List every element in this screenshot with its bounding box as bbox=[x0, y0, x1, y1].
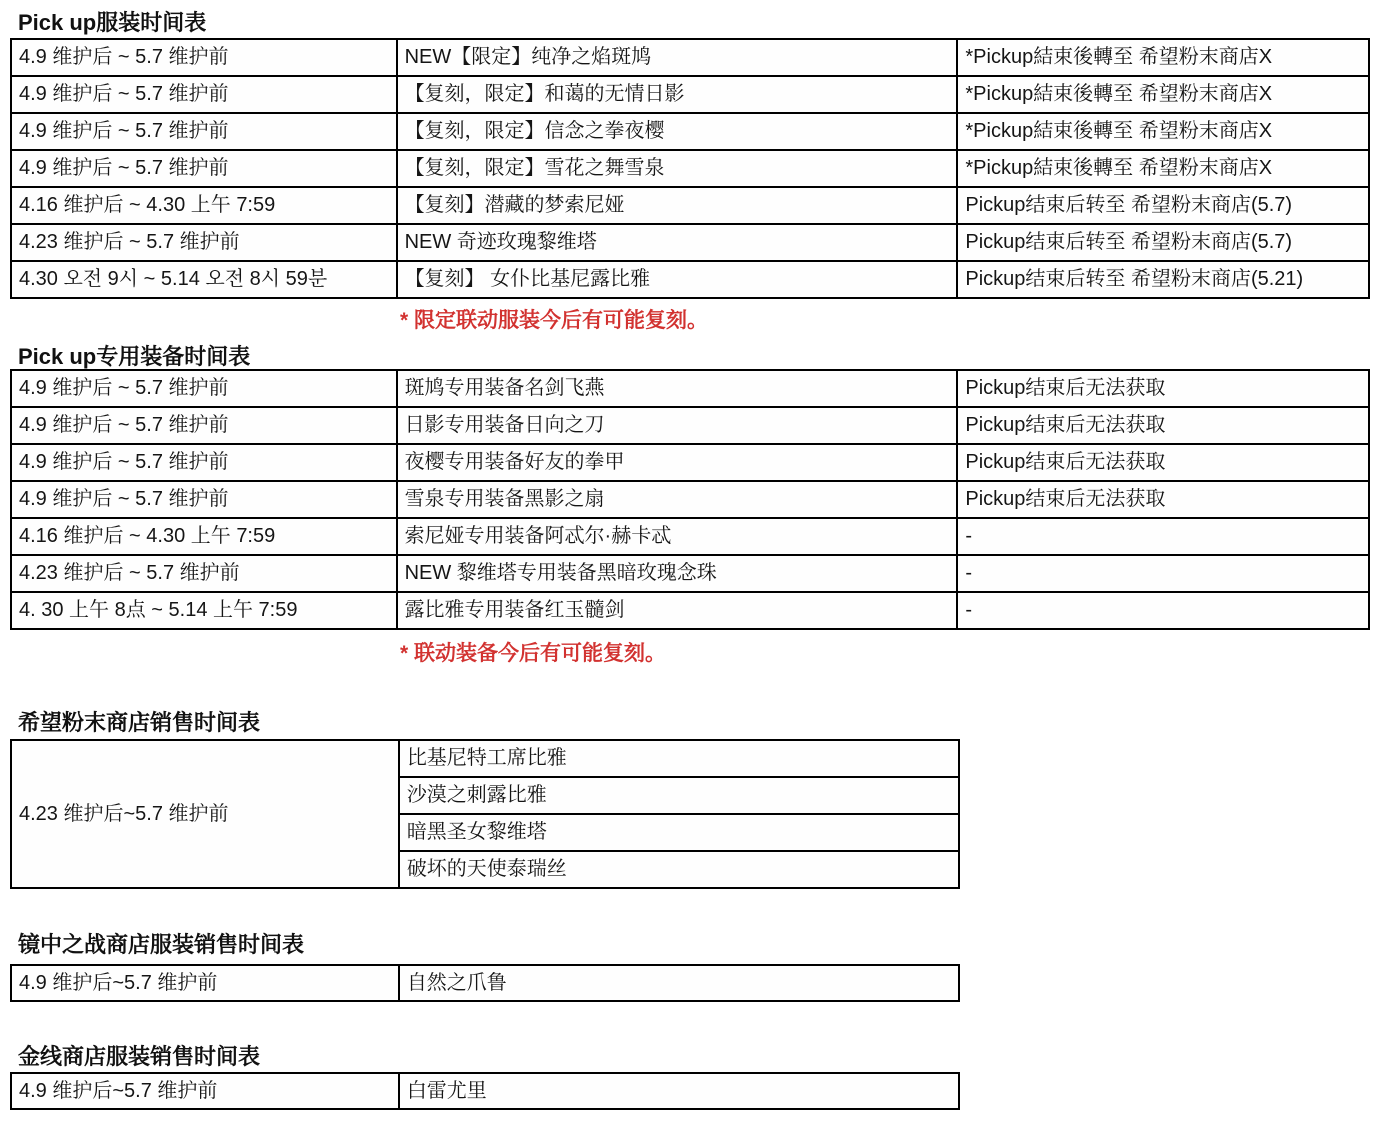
gold-thread-shop-title: 金线商店服装销售时间表 bbox=[18, 1040, 260, 1071]
hope-powder-shop-table: 4.23 维护后~5.7 维护前比基尼特工席比雅沙漠之刺露比雅暗黑圣女黎维塔破坏… bbox=[10, 739, 960, 889]
gear-rerun-note: * 联动装备今后有可能复刻。 bbox=[400, 637, 666, 667]
after-pickup-cell: *Pickup結束後轉至 希望粉末商店X bbox=[957, 113, 1369, 150]
costume-name-cell: 【复刻，限定】和蔼的无情日影 bbox=[397, 76, 958, 113]
period-cell: 4.23 维护后~5.7 维护前 bbox=[11, 740, 399, 888]
pickup-costume-table-body: 4.9 维护后 ~ 5.7 维护前NEW【限定】纯净之焰斑鸠*Pickup結束後… bbox=[11, 39, 1369, 298]
gear-name-cell: 索尼娅专用装备阿忒尔·赫卡忒 bbox=[397, 518, 958, 555]
costume-name-cell: 白雷尤里 bbox=[399, 1073, 959, 1109]
period-cell: 4.9 维护后~5.7 维护前 bbox=[11, 1073, 399, 1109]
after-pickup-cell: Pickup结束后无法获取 bbox=[957, 481, 1369, 518]
hope-powder-shop-title: 希望粉末商店销售时间表 bbox=[18, 706, 260, 737]
table-row: 4.9 维护后 ~ 5.7 维护前NEW【限定】纯净之焰斑鸠*Pickup結束後… bbox=[11, 39, 1369, 76]
table-row: 4.9 维护后~5.7 维护前自然之爪鲁 bbox=[11, 965, 959, 1001]
costume-name-cell: 【复刻】潜藏的梦索尼娅 bbox=[397, 187, 958, 224]
pickup-costume-table: 4.9 维护后 ~ 5.7 维护前NEW【限定】纯净之焰斑鸠*Pickup結束後… bbox=[10, 38, 1370, 299]
costume-name-cell: 破坏的天使泰瑞丝 bbox=[399, 851, 959, 888]
costume-name-cell: 【复刻，限定】雪花之舞雪泉 bbox=[397, 150, 958, 187]
period-cell: 4.9 维护后 ~ 5.7 维护前 bbox=[11, 113, 397, 150]
mirror-war-shop-title: 镜中之战商店服装销售时间表 bbox=[18, 928, 304, 959]
period-cell: 4.9 维护后 ~ 5.7 维护前 bbox=[11, 150, 397, 187]
gear-name-cell: 雪泉专用装备黑影之扇 bbox=[397, 481, 958, 518]
after-pickup-cell: Pickup结束后转至 希望粉末商店(5.7) bbox=[957, 224, 1369, 261]
pickup-costume-title: Pick up服装时间表 bbox=[18, 6, 206, 37]
gold-thread-shop-table-body: 4.9 维护后~5.7 维护前白雷尤里 bbox=[11, 1073, 959, 1109]
gear-name-cell: 日影专用装备日向之刀 bbox=[397, 407, 958, 444]
after-pickup-cell: - bbox=[957, 518, 1369, 555]
after-pickup-cell: Pickup结束后无法获取 bbox=[957, 444, 1369, 481]
costume-name-cell: 自然之爪鲁 bbox=[399, 965, 959, 1001]
table-row: 4.9 维护后 ~ 5.7 维护前日影专用装备日向之刀Pickup结束后无法获取 bbox=[11, 407, 1369, 444]
gold-thread-shop-table: 4.9 维护后~5.7 维护前白雷尤里 bbox=[10, 1072, 960, 1110]
period-cell: 4.9 维护后 ~ 5.7 维护前 bbox=[11, 444, 397, 481]
gear-name-cell: 斑鸠专用装备名剑飞燕 bbox=[397, 370, 958, 407]
table-row: 4.9 维护后 ~ 5.7 维护前【复刻，限定】信念之拳夜樱*Pickup結束後… bbox=[11, 113, 1369, 150]
period-cell: 4.9 维护后 ~ 5.7 维护前 bbox=[11, 407, 397, 444]
period-cell: 4.23 维护后 ~ 5.7 维护前 bbox=[11, 224, 397, 261]
table-row: 4.23 维护后 ~ 5.7 维护前NEW 黎维塔专用装备黑暗玫瑰念珠- bbox=[11, 555, 1369, 592]
table-row: 4.9 维护后 ~ 5.7 维护前【复刻，限定】雪花之舞雪泉*Pickup結束後… bbox=[11, 150, 1369, 187]
period-cell: 4.16 维护后 ~ 4.30 上午 7:59 bbox=[11, 187, 397, 224]
pickup-gear-table-body: 4.9 维护后 ~ 5.7 维护前斑鸠专用装备名剑飞燕Pickup结束后无法获取… bbox=[11, 370, 1369, 629]
period-cell: 4.9 维护后 ~ 5.7 维护前 bbox=[11, 481, 397, 518]
costume-name-cell: 【复刻，限定】信念之拳夜樱 bbox=[397, 113, 958, 150]
after-pickup-cell: - bbox=[957, 555, 1369, 592]
table-row: 4.9 维护后 ~ 5.7 维护前【复刻，限定】和蔼的无情日影*Pickup結束… bbox=[11, 76, 1369, 113]
table-row: 4.23 维护后~5.7 维护前比基尼特工席比雅 bbox=[11, 740, 959, 777]
period-cell: 4.9 维护后 ~ 5.7 维护前 bbox=[11, 39, 397, 76]
pickup-gear-title: Pick up专用装备时间表 bbox=[18, 340, 250, 371]
costume-name-cell: NEW 奇迹玫瑰黎维塔 bbox=[397, 224, 958, 261]
period-cell: 4.16 维护后 ~ 4.30 上午 7:59 bbox=[11, 518, 397, 555]
gear-name-cell: NEW 黎维塔专用装备黑暗玫瑰念珠 bbox=[397, 555, 958, 592]
period-cell: 4.9 维护后 ~ 5.7 维护前 bbox=[11, 76, 397, 113]
mirror-war-shop-table-body: 4.9 维护后~5.7 维护前自然之爪鲁 bbox=[11, 965, 959, 1001]
period-cell: 4.9 维护后~5.7 维护前 bbox=[11, 965, 399, 1001]
after-pickup-cell: *Pickup結束後轉至 希望粉末商店X bbox=[957, 39, 1369, 76]
after-pickup-cell: Pickup结束后转至 希望粉末商店(5.7) bbox=[957, 187, 1369, 224]
pickup-gear-table: 4.9 维护后 ~ 5.7 维护前斑鸠专用装备名剑飞燕Pickup结束后无法获取… bbox=[10, 369, 1370, 630]
costume-name-cell: NEW【限定】纯净之焰斑鸠 bbox=[397, 39, 958, 76]
hope-powder-shop-table-body: 4.23 维护后~5.7 维护前比基尼特工席比雅沙漠之刺露比雅暗黑圣女黎维塔破坏… bbox=[11, 740, 959, 888]
table-row: 4.30 오전 9시 ~ 5.14 오전 8시 59분【复刻】 女仆比基尼露比雅… bbox=[11, 261, 1369, 298]
table-row: 4.9 维护后 ~ 5.7 维护前雪泉专用装备黑影之扇Pickup结束后无法获取 bbox=[11, 481, 1369, 518]
after-pickup-cell: *Pickup結束後轉至 希望粉末商店X bbox=[957, 76, 1369, 113]
table-row: 4.9 维护后 ~ 5.7 维护前夜樱专用装备好友的拳甲Pickup结束后无法获… bbox=[11, 444, 1369, 481]
costume-rerun-note: * 限定联动服装今后有可能复刻。 bbox=[400, 304, 708, 334]
table-row: 4.16 维护后 ~ 4.30 上午 7:59【复刻】潜藏的梦索尼娅Pickup… bbox=[11, 187, 1369, 224]
after-pickup-cell: Pickup结束后无法获取 bbox=[957, 370, 1369, 407]
table-row: 4.9 维护后~5.7 维护前白雷尤里 bbox=[11, 1073, 959, 1109]
table-row: 4.23 维护后 ~ 5.7 维护前NEW 奇迹玫瑰黎维塔Pickup结束后转至… bbox=[11, 224, 1369, 261]
period-cell: 4.30 오전 9시 ~ 5.14 오전 8시 59분 bbox=[11, 261, 397, 298]
costume-name-cell: 【复刻】 女仆比基尼露比雅 bbox=[397, 261, 958, 298]
costume-name-cell: 沙漠之刺露比雅 bbox=[399, 777, 959, 814]
table-row: 4. 30 上午 8点 ~ 5.14 上午 7:59露比雅专用装备红玉髓剑- bbox=[11, 592, 1369, 629]
after-pickup-cell: Pickup结束后转至 希望粉末商店(5.21) bbox=[957, 261, 1369, 298]
gear-name-cell: 露比雅专用装备红玉髓剑 bbox=[397, 592, 958, 629]
after-pickup-cell: *Pickup結束後轉至 希望粉末商店X bbox=[957, 150, 1369, 187]
table-row: 4.16 维护后 ~ 4.30 上午 7:59索尼娅专用装备阿忒尔·赫卡忒- bbox=[11, 518, 1369, 555]
costume-name-cell: 比基尼特工席比雅 bbox=[399, 740, 959, 777]
costume-name-cell: 暗黑圣女黎维塔 bbox=[399, 814, 959, 851]
period-cell: 4.23 维护后 ~ 5.7 维护前 bbox=[11, 555, 397, 592]
after-pickup-cell: - bbox=[957, 592, 1369, 629]
mirror-war-shop-table: 4.9 维护后~5.7 维护前自然之爪鲁 bbox=[10, 964, 960, 1002]
gear-name-cell: 夜樱专用装备好友的拳甲 bbox=[397, 444, 958, 481]
table-row: 4.9 维护后 ~ 5.7 维护前斑鸠专用装备名剑飞燕Pickup结束后无法获取 bbox=[11, 370, 1369, 407]
period-cell: 4. 30 上午 8点 ~ 5.14 上午 7:59 bbox=[11, 592, 397, 629]
period-cell: 4.9 维护后 ~ 5.7 维护前 bbox=[11, 370, 397, 407]
after-pickup-cell: Pickup结束后无法获取 bbox=[957, 407, 1369, 444]
